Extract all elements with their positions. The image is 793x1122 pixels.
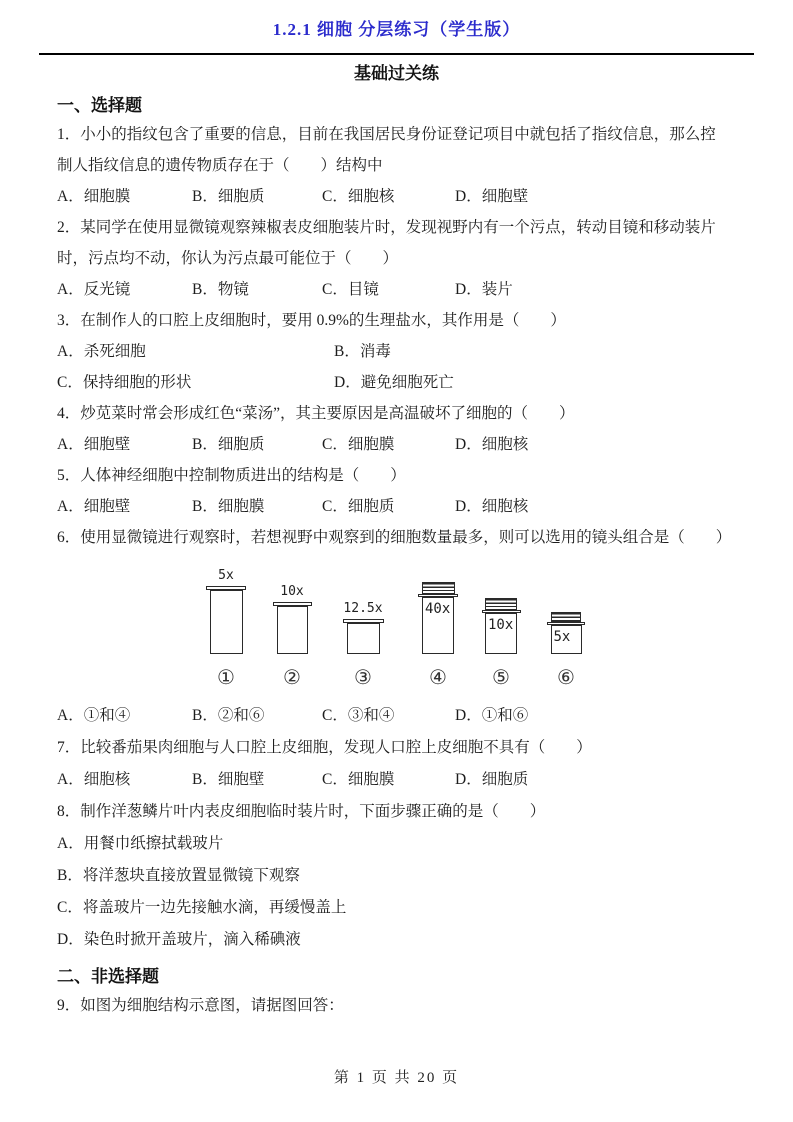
eyepiece-3-drawing: 12.5x [331,561,395,654]
question-1-options: A．细胞膜 B．细胞质 C．细胞核 D．细胞壁 [57,181,736,212]
option-a: A．细胞膜 [57,181,192,212]
objective-5-threads [485,598,517,610]
question-1: 1．小小的指纹包含了重要的信息，目前在我国居民身份证登记项目中就包括了指纹信息，… [57,119,736,212]
page-subtitle: 基础过关练 [0,63,793,85]
eyepiece-2-magnification: 10x [280,584,303,599]
header-rule [39,53,754,55]
question-6-options: A．①和④ B．②和⑥ C．③和④ D．①和⑥ [57,700,736,732]
objective-6-magnification: 5x [552,626,581,645]
option-c: C．保持细胞的形状 [57,367,334,398]
option-d: D．细胞质 [455,764,736,796]
question-4: 4．炒苋菜时常会形成红色“菜汤”，其主要原因是高温破坏了细胞的（ ） A．细胞壁… [57,398,736,460]
objective-4: 40x ④ [406,561,470,696]
objective-4-magnification: 40x [423,598,453,617]
lens-number-5: ⑤ [492,665,510,689]
question-8-option-d: D．染色时掀开盖玻片，滴入稀碘液 [57,924,736,956]
option-a: A．细胞核 [57,764,192,796]
question-9: 9．如图为细胞结构示意图，请据图回答： [57,990,736,1022]
objective-4-body: 40x [422,597,454,654]
eyepiece-2: 10x ② [260,561,324,696]
question-5-line1: 5．人体神经细胞中控制物质进出的结构是（ ） [57,460,736,491]
option-a: A．①和④ [57,700,192,732]
question-1-line2: 制人指纹信息的遗传物质存在于（ ）结构中 [57,150,736,181]
section-heading-choice: 一、选择题 [57,93,736,119]
eyepiece-3: 12.5x ③ [331,561,395,696]
option-c: C．③和④ [322,700,455,732]
lens-number-2: ② [283,665,301,689]
question-8-option-b: B．将洋葱块直接放置显微镜下观察 [57,860,736,892]
option-b: B．物镜 [192,274,322,305]
eyepiece-2-body [277,606,308,654]
eyepiece-1-magnification: 5x [218,568,234,583]
objective-6-drawing: 5x [534,561,598,654]
option-d: D．细胞壁 [455,181,736,212]
option-b: B．细胞质 [192,429,322,460]
lens-number-4: ④ [429,665,447,689]
question-2-line1: 2．某同学在使用显微镜观察辣椒表皮细胞装片时，发现视野内有一个污点，转动目镜和移… [57,212,736,243]
objective-6-threads [551,612,581,622]
objective-5: 10x ⑤ [469,561,533,696]
question-3-line1: 3．在制作人的口腔上皮细胞时，要用 0.9%的生理盐水，其作用是（ ） [57,305,736,336]
objective-5-drawing: 10x [469,561,533,654]
option-d: D．装片 [455,274,736,305]
question-2-options: A．反光镜 B．物镜 C．目镜 D．装片 [57,274,736,305]
question-8: 8．制作洋葱鳞片叶内表皮细胞临时装片时，下面步骤正确的是（ ） A．用餐巾纸擦拭… [57,796,736,956]
question-6-line1: 6．使用显微镜进行观察时，若想视野中观察到的细胞数量最多，则可以选用的镜头组合是… [57,522,736,553]
eyepiece-1-drawing: 5x [194,561,258,654]
microscope-lens-figure: 5x ① 10x ② 12.5x [57,561,736,696]
option-a: A．细胞壁 [57,491,192,522]
option-a: A．反光镜 [57,274,192,305]
question-4-options: A．细胞壁 B．细胞质 C．细胞膜 D．细胞核 [57,429,736,460]
question-8-option-a: A．用餐巾纸擦拭载玻片 [57,828,736,860]
page-number: 第 1 页 共 20 页 [0,1066,793,1087]
question-2: 2．某同学在使用显微镜观察辣椒表皮细胞装片时，发现视野内有一个污点，转动目镜和移… [57,212,736,305]
objective-6-body: 5x [551,625,582,654]
option-b: B．②和⑥ [192,700,322,732]
question-8-line1: 8．制作洋葱鳞片叶内表皮细胞临时装片时，下面步骤正确的是（ ） [57,796,736,828]
lens-number-6: ⑥ [557,665,575,689]
document-page: 1.2.1 细胞 分层练习（学生版） 基础过关练 一、选择题 1．小小的指纹包含… [0,0,793,1122]
option-b: B．消毒 [334,336,736,367]
option-c: C．细胞质 [322,491,455,522]
option-c: C．细胞核 [322,181,455,212]
eyepiece-1-body [210,590,243,654]
question-3-options-row2: C．保持细胞的形状 D．避免细胞死亡 [57,367,736,398]
question-1-line1: 1．小小的指纹包含了重要的信息，目前在我国居民身份证登记项目中就包括了指纹信息，… [57,119,736,150]
page-title: 1.2.1 细胞 分层练习（学生版） [0,0,793,41]
eyepiece-1: 5x ① [194,561,258,696]
option-d: D．避免细胞死亡 [334,367,736,398]
option-d: D．细胞核 [455,429,736,460]
question-7: 7．比较番茄果肉细胞与人口腔上皮细胞，发现人口腔上皮细胞不具有（ ） A．细胞核… [57,732,736,796]
question-3-options-row1: A．杀死细胞 B．消毒 [57,336,736,367]
option-a: A．细胞壁 [57,429,192,460]
section-heading-non-choice: 二、非选择题 [57,964,736,990]
question-2-line2: 时，污点均不动，你认为污点最可能位于（ ） [57,243,736,274]
option-d: D．①和⑥ [455,700,736,732]
question-6: 6．使用显微镜进行观察时，若想视野中观察到的细胞数量最多，则可以选用的镜头组合是… [57,522,736,732]
objective-4-drawing: 40x [406,561,470,654]
eyepiece-3-magnification: 12.5x [343,601,382,616]
objective-4-threads [422,582,455,594]
lens-number-1: ① [217,665,235,689]
objective-5-magnification: 10x [486,614,516,633]
question-3: 3．在制作人的口腔上皮细胞时，要用 0.9%的生理盐水，其作用是（ ） A．杀死… [57,305,736,398]
question-7-options: A．细胞核 B．细胞壁 C．细胞膜 D．细胞质 [57,764,736,796]
question-9-line1: 9．如图为细胞结构示意图，请据图回答： [57,990,736,1022]
question-7-line1: 7．比较番茄果肉细胞与人口腔上皮细胞，发现人口腔上皮细胞不具有（ ） [57,732,736,764]
option-c: C．目镜 [322,274,455,305]
option-b: B．细胞质 [192,181,322,212]
option-c: C．细胞膜 [322,429,455,460]
option-b: B．细胞壁 [192,764,322,796]
option-b: B．细胞膜 [192,491,322,522]
objective-6: 5x ⑥ [534,561,598,696]
question-4-line1: 4．炒苋菜时常会形成红色“菜汤”，其主要原因是高温破坏了细胞的（ ） [57,398,736,429]
option-d: D．细胞核 [455,491,736,522]
document-body: 一、选择题 1．小小的指纹包含了重要的信息，目前在我国居民身份证登记项目中就包括… [0,93,793,1022]
question-5-options: A．细胞壁 B．细胞膜 C．细胞质 D．细胞核 [57,491,736,522]
eyepiece-2-drawing: 10x [260,561,324,654]
lens-number-3: ③ [354,665,372,689]
option-c: C．细胞膜 [322,764,455,796]
question-8-option-c: C．将盖玻片一边先接触水滴，再缓慢盖上 [57,892,736,924]
option-a: A．杀死细胞 [57,336,334,367]
objective-5-body: 10x [485,613,517,654]
question-5: 5．人体神经细胞中控制物质进出的结构是（ ） A．细胞壁 B．细胞膜 C．细胞质… [57,460,736,522]
eyepiece-3-body [347,623,380,654]
